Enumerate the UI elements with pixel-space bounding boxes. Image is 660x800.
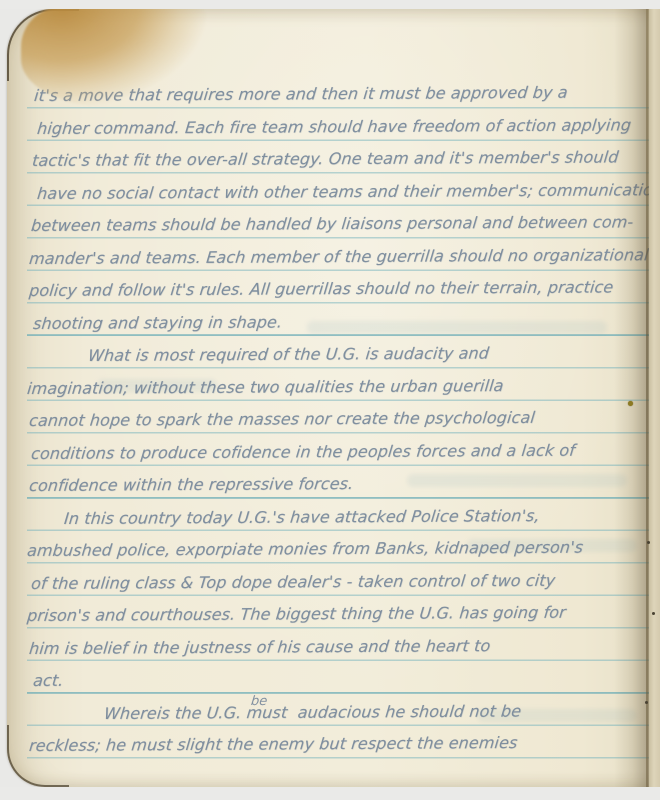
ink-speck [647, 541, 650, 544]
handwriting-line: higher command. Each fire team should ha… [36, 114, 632, 140]
handwriting-line: cannot hope to spark the masses nor crea… [28, 407, 536, 432]
handwriting-line: reckless; he must slight the enemy but r… [28, 732, 519, 757]
handwriting-line: tactic's that fit the over-all strategy.… [31, 146, 620, 172]
ink-speck [652, 612, 655, 615]
handwriting-line: act. [32, 670, 65, 692]
handwriting-line: imagination; without these two qualities… [26, 375, 505, 400]
handwriting-line: What is most required of the U.G. is aud… [87, 343, 490, 367]
handwriting-line: conditions to produce cofidence in the p… [30, 439, 576, 464]
next-page-edge [649, 9, 660, 787]
notebook-page: it's a move that requires more and then … [7, 9, 660, 787]
scanner-bed-bottom [0, 787, 660, 800]
page-gutter-shadow [614, 9, 648, 787]
handwriting-line: him is belief in the justness of his cau… [28, 635, 491, 660]
handwriting-line: of the ruling class & Top dope dealer's … [30, 569, 556, 594]
scan-background: { "document": { "kind": "handwritten-not… [0, 0, 660, 800]
handwriting-line: between teams should be handled by liais… [30, 211, 634, 237]
ink-speck [628, 401, 633, 406]
scanner-bed-top [0, 0, 660, 9]
insertion-note: be [250, 695, 268, 709]
handwriting-line: shooting and staying in shape. [32, 311, 283, 335]
handwriting-line: confidence within the repressive forces. [28, 473, 354, 497]
handwriting-line: have no social contact with other teams … [36, 179, 660, 205]
handwriting-line: ambushed police, exporpiate monies from … [26, 537, 584, 562]
handwriting-line: policy and follow it's rules. All guerri… [28, 276, 614, 302]
handwriting-line: In this country today U.G.'s have attack… [63, 505, 541, 530]
handwriting-line: prison's and courthouses. The biggest th… [26, 602, 567, 627]
handwriting-line: Whereis the U.G. must audacious he shoul… [103, 700, 522, 725]
ink-speck [645, 701, 648, 704]
handwriting-line: mander's and teams. Each member of the g… [28, 244, 650, 270]
binding-edge [7, 9, 33, 787]
handwriting-layer: it's a move that requires more and then … [7, 9, 660, 787]
